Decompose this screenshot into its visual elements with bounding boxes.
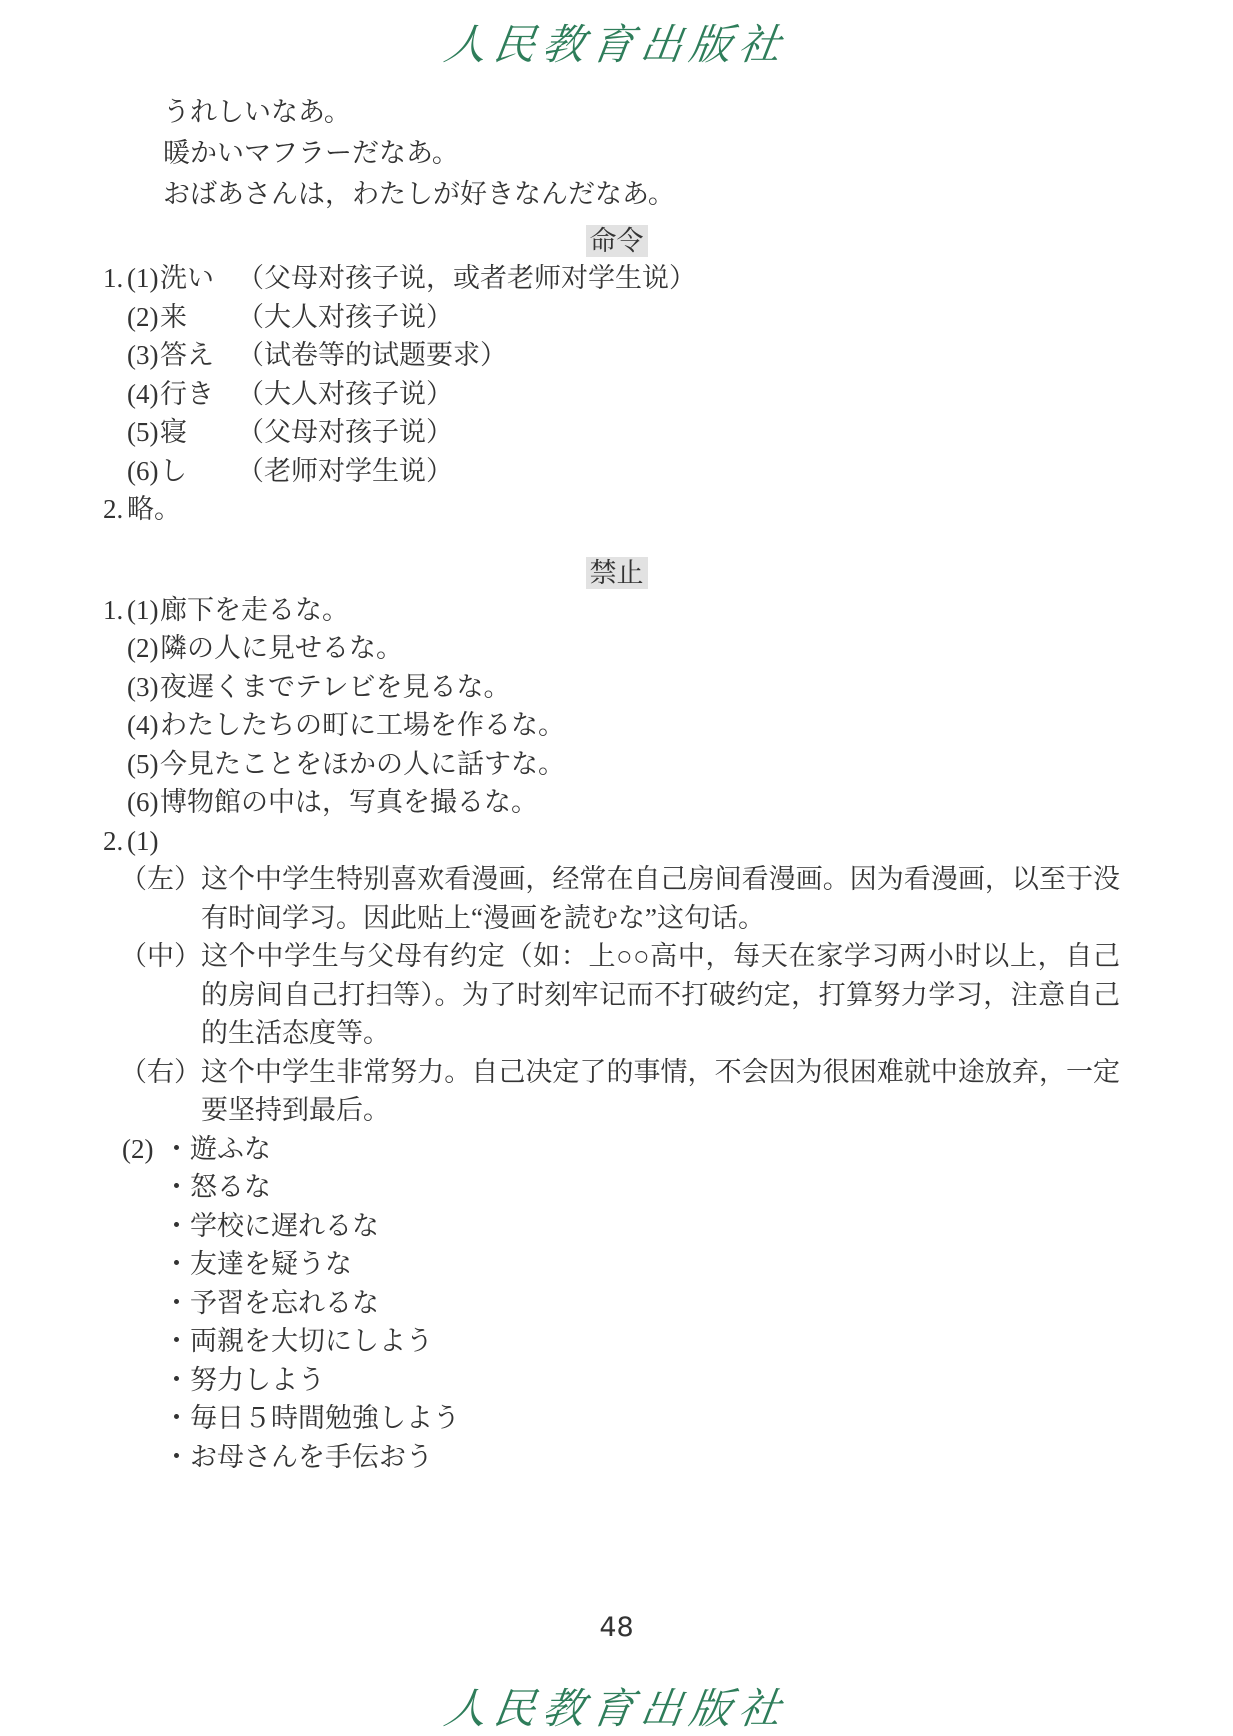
publisher-logo-bottom: 人民教育出版社 — [0, 1676, 1233, 1736]
question-number: 2. — [103, 822, 127, 861]
item-text: 今見たことをほかの人に話すな。 — [160, 745, 1233, 784]
item-number — [122, 1438, 163, 1477]
bullet-text: 怒るな — [190, 1168, 1233, 1207]
question-number — [103, 336, 127, 375]
answer-row: (5) 寝 （父母对孩子说） — [0, 413, 1233, 452]
item-note: （父母对孩子说，或者老师对学生说） — [237, 259, 1233, 298]
paragraph-tag: （中） — [120, 937, 201, 1053]
item-number: (1) — [127, 259, 160, 298]
bullet-item: ・ 怒るな — [0, 1168, 1233, 1207]
bullet-text: 遊ふな — [190, 1130, 1233, 1169]
publisher-logo-top: 人民教育出版社 — [0, 12, 1233, 72]
answer-row: (3) 夜遅くまでテレビを見るな。 — [0, 668, 1233, 707]
item-text: 廊下を走るな。 — [160, 591, 1233, 630]
bullet-item: ・ 友達を疑うな — [0, 1245, 1233, 1284]
item-number: (2) — [127, 298, 160, 337]
item-answer: 洗い — [160, 259, 237, 298]
section-title-meirei: 命令 — [586, 225, 648, 257]
bullet-text: お母さんを手伝おう — [190, 1438, 1233, 1477]
item-text: わたしたちの町に工場を作るな。 — [160, 706, 1233, 745]
question-number — [103, 783, 127, 822]
item-answer: 行き — [160, 375, 237, 414]
bullet-dot: ・ — [163, 1168, 190, 1207]
section-header-meirei: 命令 — [0, 223, 1233, 259]
bullet-item: ・ 努力しよう — [0, 1361, 1233, 1400]
document-page: { "publisher": { "name": "人民教育出版社", "log… — [0, 0, 1233, 1736]
item-text: 隣の人に見せるな。 — [160, 629, 1233, 668]
item-number: (2) — [122, 1130, 163, 1169]
item-number — [122, 1284, 163, 1323]
answer-row: (6) し （老师对学生说） — [0, 452, 1233, 491]
explanation-paragraph: （右） 这个中学生非常努力。自己决定了的事情，不会因为很困难就中途放弃，一定要坚… — [0, 1053, 1233, 1130]
bullet-item: ・ 予習を忘れるな — [0, 1284, 1233, 1323]
item-number: (1) — [127, 822, 160, 861]
question-number — [103, 413, 127, 452]
item-note: （大人对孩子说） — [237, 298, 1233, 337]
bullet-dot: ・ — [163, 1438, 190, 1477]
answer-row: (6) 博物館の中は，写真を撮るな。 — [0, 783, 1233, 822]
bullet-text: 友達を疑うな — [190, 1245, 1233, 1284]
question-number — [103, 629, 127, 668]
answer-row: (4) 行き （大人对孩子说） — [0, 375, 1233, 414]
item-note: （老师对学生说） — [237, 452, 1233, 491]
question-number — [103, 745, 127, 784]
intro-line: おばあさんは，わたしが好きなんだなあ。 — [163, 174, 1233, 215]
item-text: 夜遅くまでテレビを見るな。 — [160, 668, 1233, 707]
bullet-item: ・ 両親を大切にしよう — [0, 1322, 1233, 1361]
item-number: (6) — [127, 783, 160, 822]
item-number: (2) — [127, 629, 160, 668]
bullet-item: ・ 毎日５時間勉強しよう — [0, 1399, 1233, 1438]
bullet-dot: ・ — [163, 1245, 190, 1284]
question-number — [103, 375, 127, 414]
bullet-text: 毎日５時間勉強しよう — [190, 1399, 1233, 1438]
answer-row: (2) 隣の人に見せるな。 — [0, 629, 1233, 668]
item-note: （试卷等的试题要求） — [237, 336, 1233, 375]
item-number: (6) — [127, 452, 160, 491]
page-number: 48 — [0, 1612, 1233, 1643]
bullet-item: ・ 学校に遅れるな — [0, 1207, 1233, 1246]
item-number — [122, 1207, 163, 1246]
item-number — [122, 1168, 163, 1207]
explanation-paragraph: （中） 这个中学生与父母有约定（如：上○○高中，每天在家学习两小时以上，自己的房… — [0, 937, 1233, 1053]
item-answer: 来 — [160, 298, 237, 337]
question-number: 2. — [103, 490, 127, 529]
page-content: うれしいなあ。 暖かいマフラーだなあ。 おばあさんは，わたしが好きなんだなあ。 … — [0, 92, 1233, 1476]
question-number — [103, 706, 127, 745]
bullet-text: 予習を忘れるな — [190, 1284, 1233, 1323]
paragraph-tag: （左） — [120, 860, 201, 937]
bullet-item: ・ お母さんを手伝おう — [0, 1438, 1233, 1477]
bullet-dot: ・ — [163, 1130, 190, 1169]
explanation-paragraph: （左） 这个中学生特别喜欢看漫画，经常在自己房间看漫画。因为看漫画，以至于没有时… — [0, 860, 1233, 937]
bullet-dot: ・ — [163, 1399, 190, 1438]
bullet-dot: ・ — [163, 1207, 190, 1246]
paragraph-tag: （右） — [120, 1053, 201, 1130]
question-number — [103, 668, 127, 707]
item-number: (3) — [127, 336, 160, 375]
item-number: (5) — [127, 413, 160, 452]
item-note: （大人对孩子说） — [237, 375, 1233, 414]
answer-row: 1. (1) 廊下を走るな。 — [0, 591, 1233, 630]
item-number: (4) — [127, 706, 160, 745]
answer-row: 2. 略。 — [0, 490, 1233, 529]
item-number — [122, 1361, 163, 1400]
item-number: (5) — [127, 745, 160, 784]
question-number — [103, 298, 127, 337]
paragraph-text: 这个中学生与父母有约定（如：上○○高中，每天在家学习两小时以上，自己的房间自己打… — [201, 937, 1120, 1053]
intro-line: うれしいなあ。 — [163, 92, 1233, 133]
item-text: 博物館の中は，写真を撮るな。 — [160, 783, 1233, 822]
item-answer: 寝 — [160, 413, 237, 452]
question-number — [103, 452, 127, 491]
paragraph-text: 这个中学生特别喜欢看漫画，经常在自己房间看漫画。因为看漫画，以至于没有时间学习。… — [201, 860, 1120, 937]
bullet-text: 学校に遅れるな — [190, 1207, 1233, 1246]
item-answer: し — [160, 452, 237, 491]
question-number: 1. — [103, 259, 127, 298]
answer-row: 2. (1) — [0, 822, 1233, 861]
item-number: (4) — [127, 375, 160, 414]
bullet-text: 努力しよう — [190, 1361, 1233, 1400]
bullet-dot: ・ — [163, 1284, 190, 1323]
item-number — [122, 1245, 163, 1284]
intro-line: 暖かいマフラーだなあ。 — [163, 133, 1233, 174]
item-answer: 答え — [160, 336, 237, 375]
answer-row: (3) 答え （试卷等的试题要求） — [0, 336, 1233, 375]
question-number: 1. — [103, 591, 127, 630]
item-number — [122, 1322, 163, 1361]
answer-row: (2) 来 （大人对孩子说） — [0, 298, 1233, 337]
item-note: （父母对孩子说） — [237, 413, 1233, 452]
bullet-dot: ・ — [163, 1361, 190, 1400]
paragraph-text: 这个中学生非常努力。自己决定了的事情，不会因为很困难就中途放弃，一定要坚持到最后… — [201, 1053, 1120, 1130]
bullet-dot: ・ — [163, 1322, 190, 1361]
bullet-text: 両親を大切にしよう — [190, 1322, 1233, 1361]
section-title-kinshi: 禁止 — [586, 557, 648, 589]
item-number: (1) — [127, 591, 160, 630]
item-number — [122, 1399, 163, 1438]
item-number: (3) — [127, 668, 160, 707]
section-header-kinshi: 禁止 — [0, 555, 1233, 591]
bullet-item: (2) ・ 遊ふな — [0, 1130, 1233, 1169]
question-text: 略。 — [127, 490, 1233, 529]
answer-row: (4) わたしたちの町に工場を作るな。 — [0, 706, 1233, 745]
answer-row: (5) 今見たことをほかの人に話すな。 — [0, 745, 1233, 784]
answer-row: 1. (1) 洗い （父母对孩子说，或者老师对学生说） — [0, 259, 1233, 298]
